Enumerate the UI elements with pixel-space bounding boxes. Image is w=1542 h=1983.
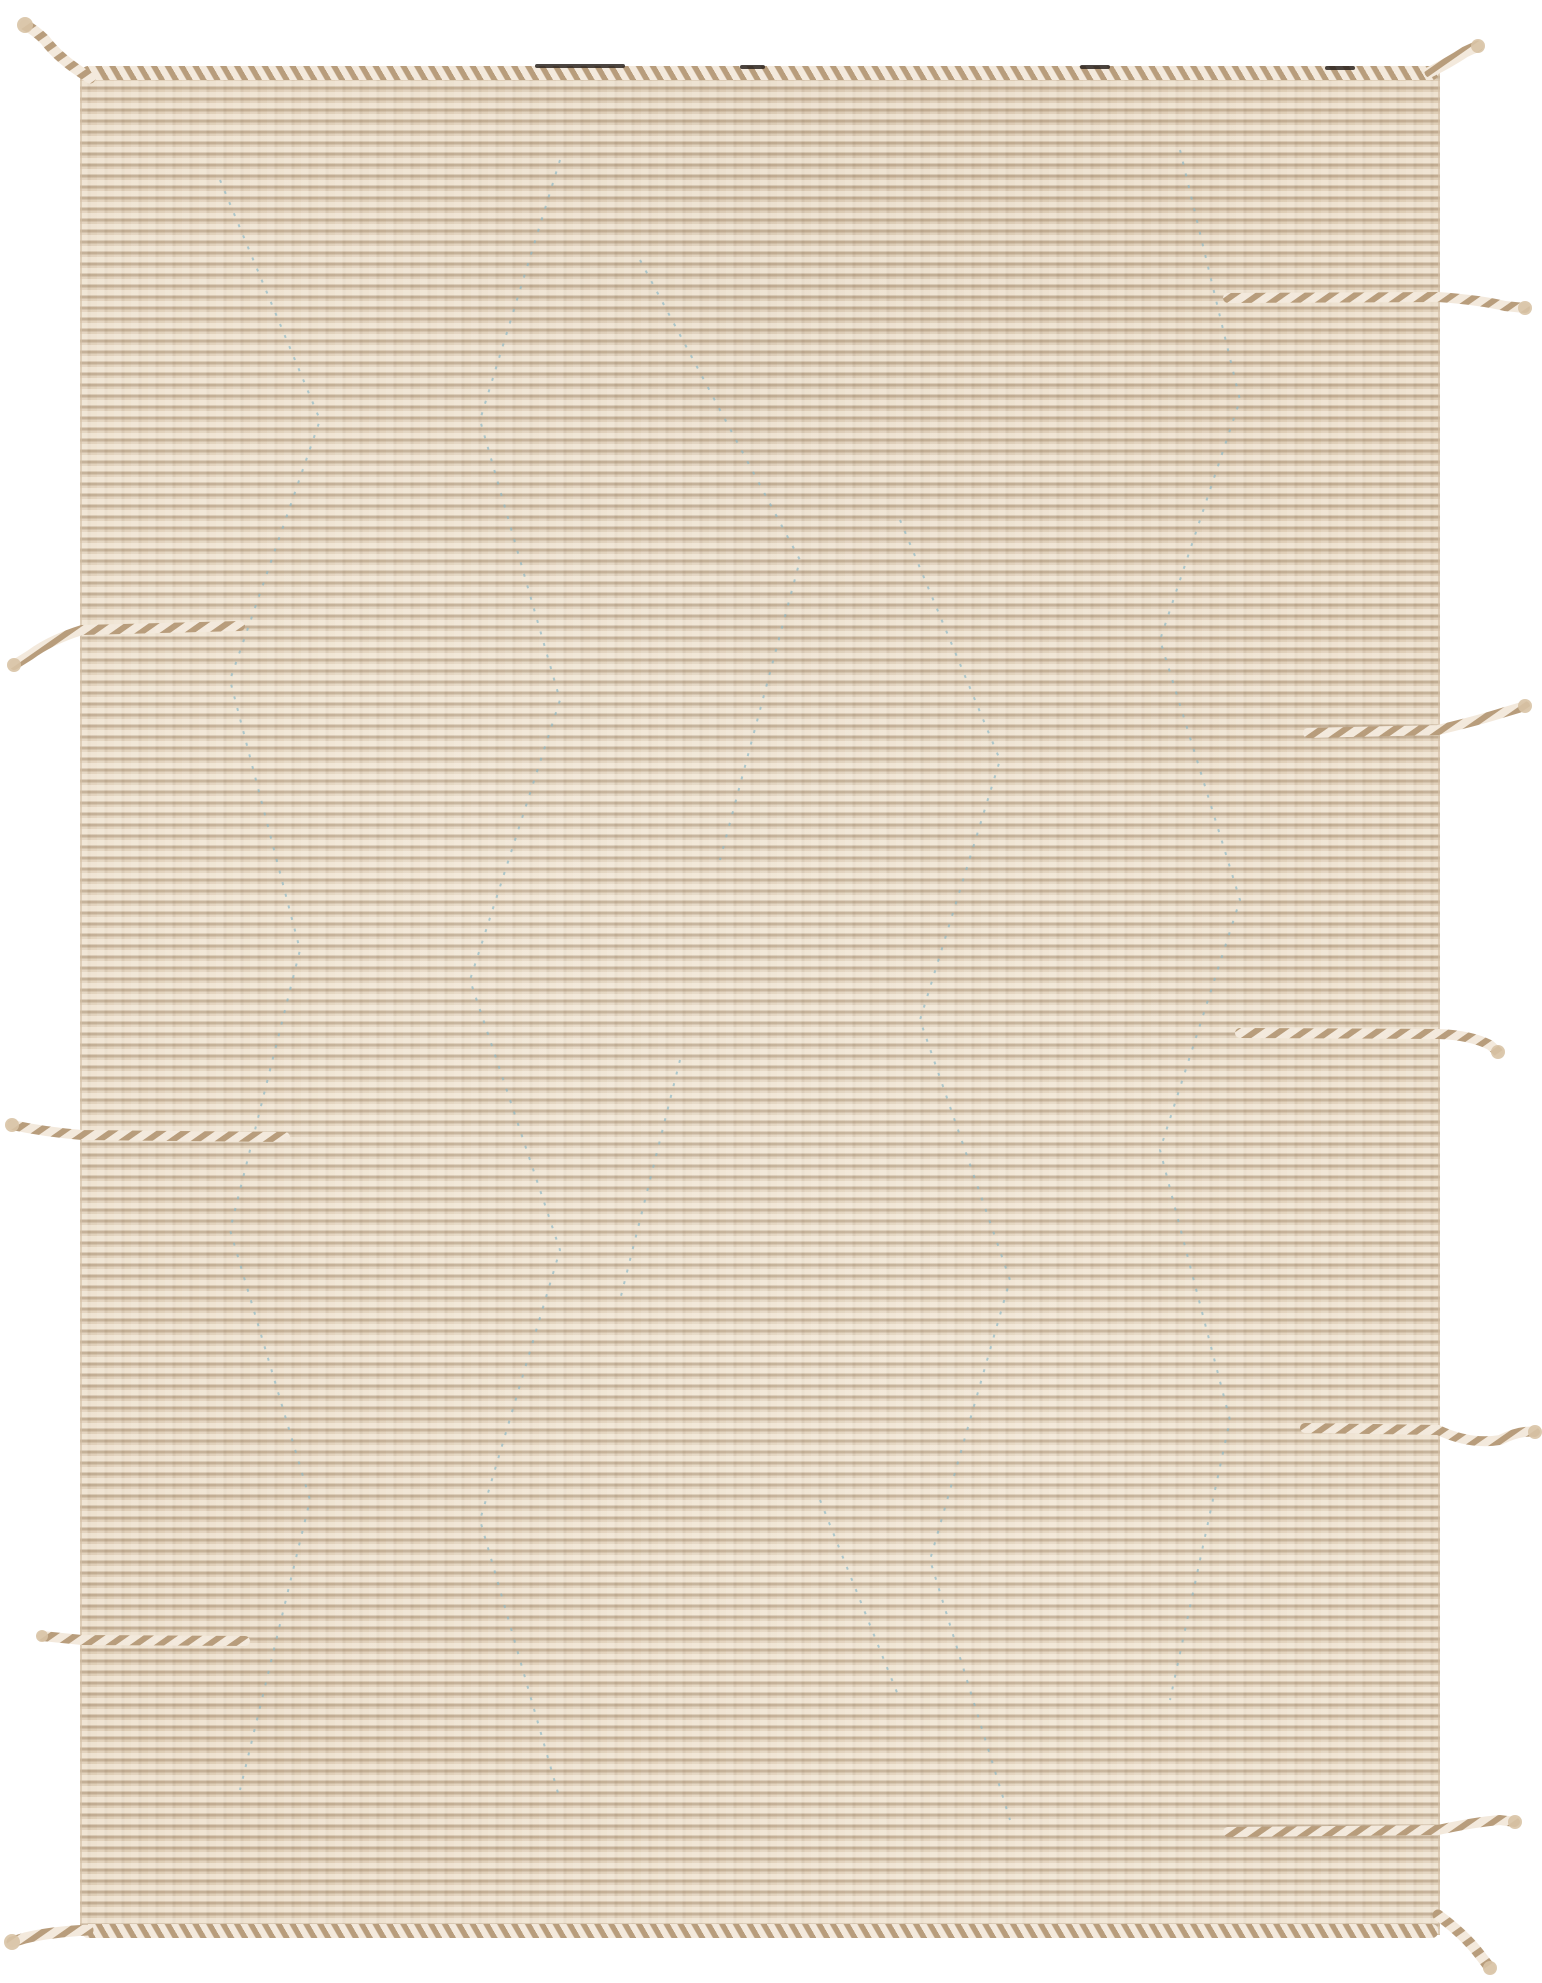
top-dark-mark — [1325, 66, 1355, 70]
top-dark-mark — [535, 64, 625, 68]
tassel-bottom-right — [1438, 1915, 1490, 1968]
tassel-bottom-left — [12, 1930, 88, 1942]
bottom-braided-edge — [82, 1924, 1438, 1938]
product-photo — [0, 0, 1542, 1983]
rug-body — [80, 70, 1440, 1935]
top-dark-mark — [740, 65, 765, 69]
top-dark-mark — [1080, 65, 1110, 69]
